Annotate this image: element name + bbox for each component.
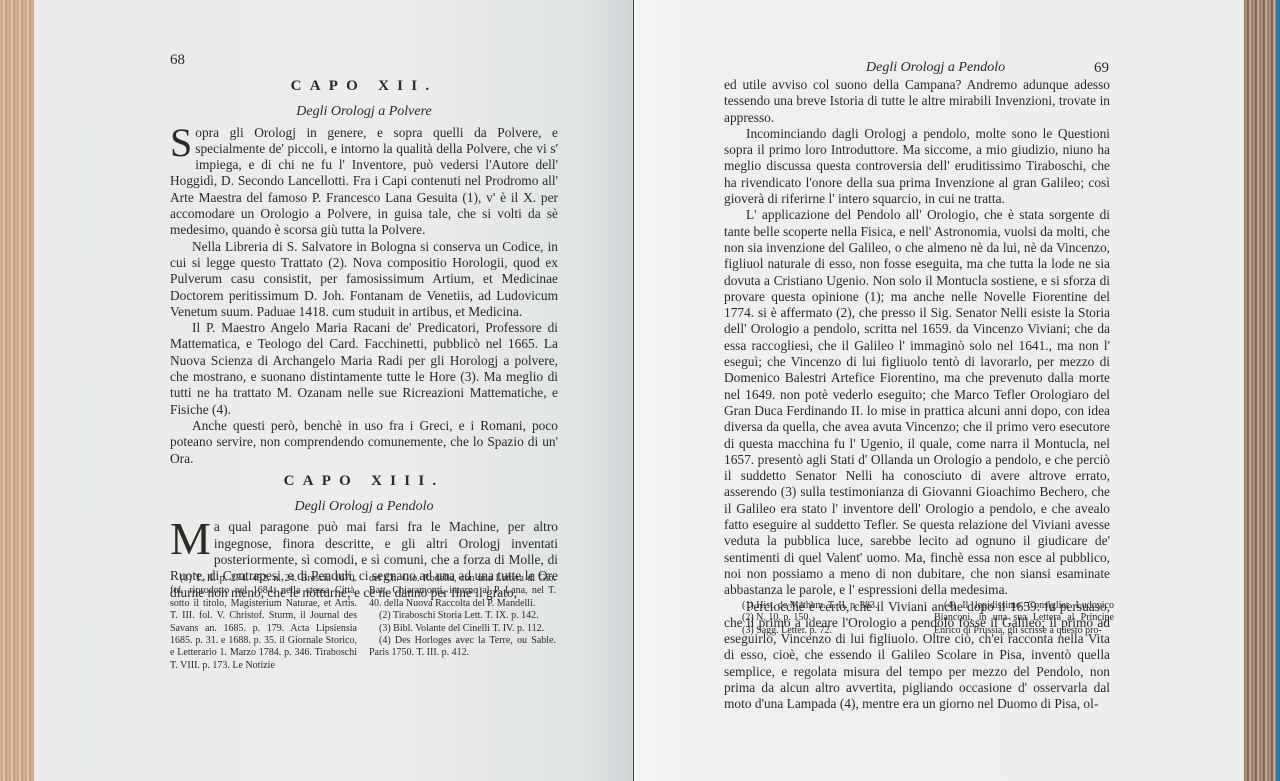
page-number-right: 69 <box>1094 60 1109 77</box>
footnote-1: (1) Hist. de Mathem. T. II. p. 383. <box>742 600 922 612</box>
right-page: Degli Orologj a Pendolo 69 ed utile avvi… <box>634 0 1248 781</box>
paragraph: Sopra gli Orologj in genere, e sopra que… <box>170 125 558 239</box>
page-number-left: 68 <box>170 52 185 69</box>
drop-cap: S <box>170 127 192 159</box>
left-page: 68 CAPO XII. Degli Orologj a Polvere Sop… <box>34 0 634 781</box>
paragraph: L' applicazione del Pendolo all' Orologi… <box>724 207 1110 598</box>
footnote-3: (3) Sagg. Letter. p. 72. <box>742 625 922 637</box>
footnotes-left: (1) T. II. p. 274. 452. n. 24. Brescia 1… <box>170 573 556 672</box>
footnote-column: (1) Hist. de Mathem. T. II. p. 383. (2) … <box>742 600 922 637</box>
chapter-subtitle-13: Degli Orologj a Pendolo <box>170 499 558 515</box>
footnote-2: (2) N. 10. p. 150. <box>742 612 922 624</box>
footnote-column: del Ch. Gio. Rodella, con una Lettera di… <box>369 573 556 672</box>
running-head: Degli Orologj a Pendolo <box>866 60 1005 76</box>
chapter-subtitle-12: Degli Orologj a Polvere <box>170 104 558 120</box>
footnote-1: (1) T. II. p. 274. 452. n. 24. Brescia 1… <box>170 573 357 672</box>
chapter-heading-13: CAPO XIII. <box>170 473 558 489</box>
book-edge-right <box>1244 0 1280 781</box>
footnote-3: (3) Bibl. Volante del Cinelli T. IV. p. … <box>369 623 556 635</box>
footnote-4: (4) Il lepidissimo Consiglier Ludovico B… <box>934 600 1114 637</box>
paragraph: ed utile avviso col suono della Campana?… <box>724 77 1110 126</box>
footnote-2: (2) Tiraboschi Storia Lett. T. IX. p. 14… <box>369 610 556 622</box>
chapter-heading-12: CAPO XII. <box>170 78 558 94</box>
footnote-column: (4) Il lepidissimo Consiglier Ludovico B… <box>934 600 1114 637</box>
paragraph: Incominciando dagli Orologj a pendolo, m… <box>724 126 1110 207</box>
footnote-4: (4) Des Horloges avec la Terre, ou Sable… <box>369 635 556 660</box>
footnote-column: (1) T. II. p. 274. 452. n. 24. Brescia 1… <box>170 573 357 672</box>
paragraph: Nella Libreria di S. Salvatore in Bologn… <box>170 239 558 320</box>
paragraph: Anche questi però, benchè in uso fra i G… <box>170 418 558 467</box>
footnote-1-continued: del Ch. Gio. Rodella, con una Lettera di… <box>369 573 556 610</box>
paragraph: Il P. Maestro Angelo Maria Racani de' Pr… <box>170 320 558 418</box>
left-page-body: CAPO XII. Degli Orologj a Polvere Sopra … <box>170 78 558 601</box>
footnotes-right: (1) Hist. de Mathem. T. II. p. 383. (2) … <box>742 600 1114 637</box>
book-edge-left <box>0 0 36 781</box>
drop-cap: M <box>170 521 211 557</box>
